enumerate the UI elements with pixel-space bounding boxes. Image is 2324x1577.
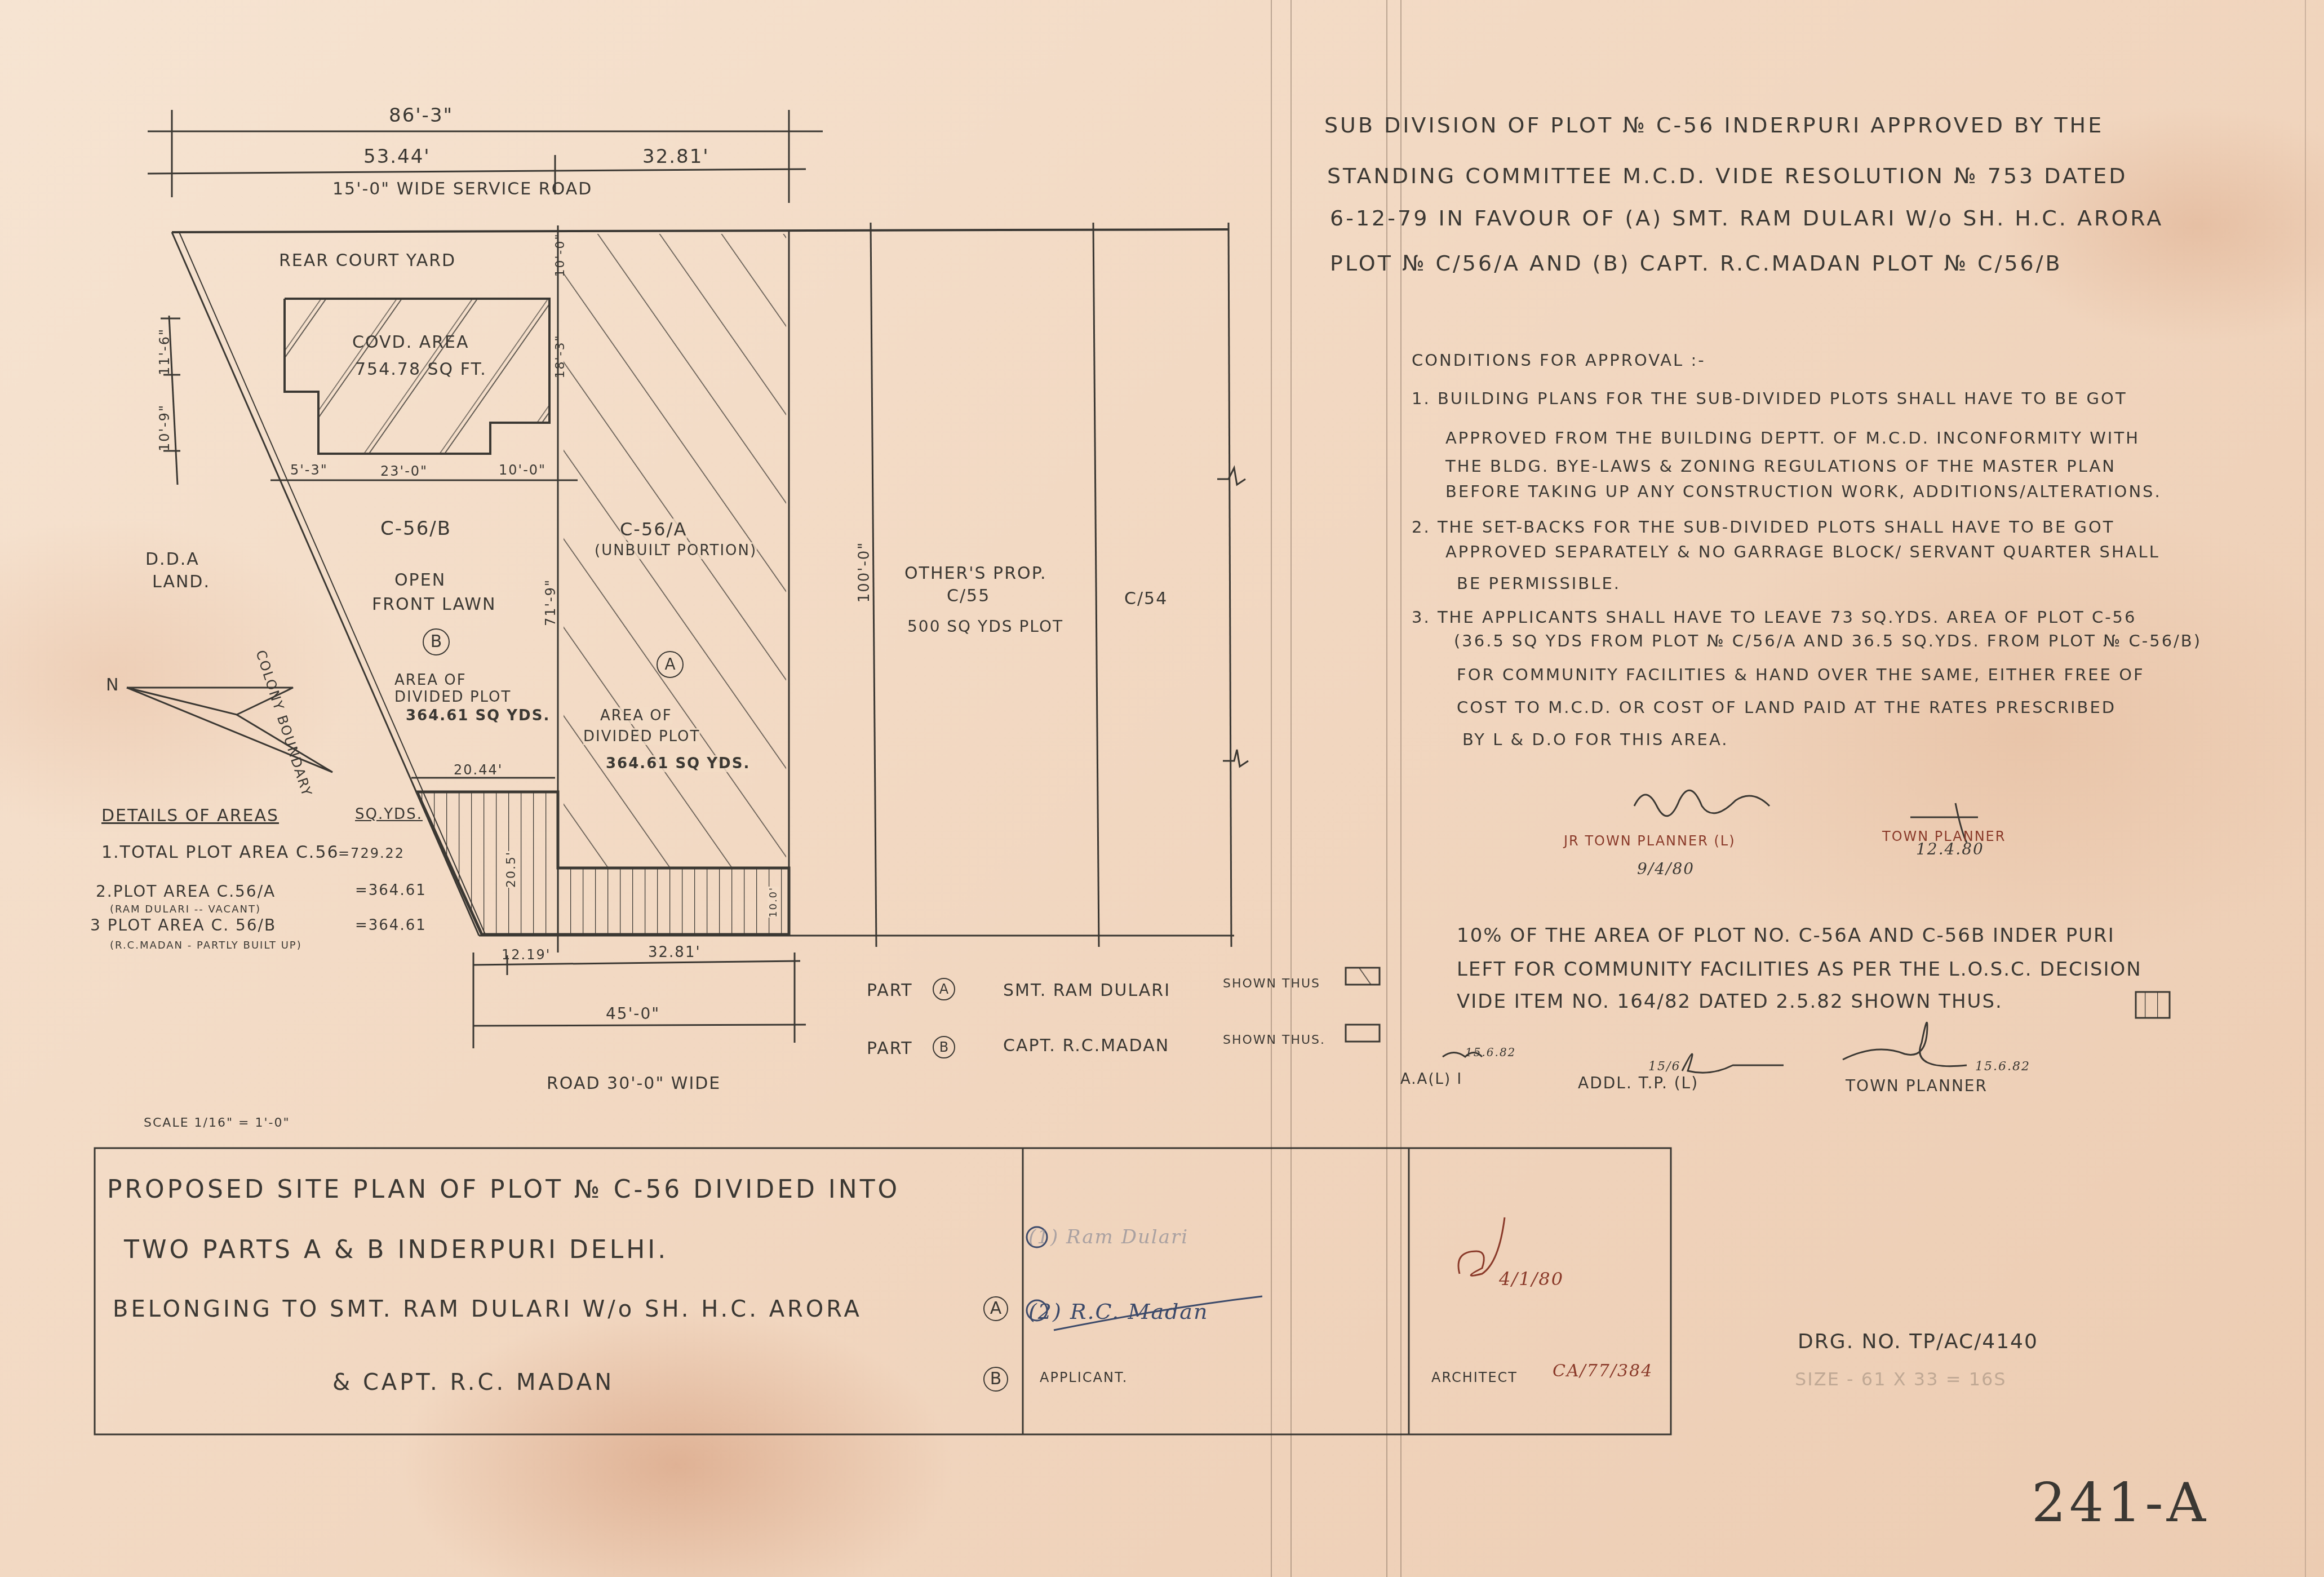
legend-part-a-label: PART: [867, 981, 913, 1000]
condition-line: 2. THE SET-BACKS FOR THE SUB-DIVIDED PLO…: [1412, 517, 2114, 537]
plot-a-area-label-2: DIVIDED PLOT: [583, 728, 700, 745]
applicant-label: APPLICANT.: [1040, 1370, 1128, 1385]
title-line-1: PROPOSED SITE PLAN OF PLOT № C-56 DIVIDE…: [107, 1175, 900, 1204]
approval-header-line-2: STANDING COMMITTEE M.C.D. VIDE RESOLUTIO…: [1327, 163, 2127, 188]
area-row-1-value: =729.22: [338, 845, 405, 861]
title-marker-a: A: [983, 1296, 1008, 1321]
covered-area-label: COVD. AREA: [352, 333, 469, 352]
c54-label: C/54: [1124, 589, 1168, 609]
plot-a-sub: (UNBUILT PORTION): [595, 542, 757, 559]
applicant-signature-1: (1) Ram Dulari: [1028, 1226, 1188, 1248]
rear-court-yard-label: REAR COURT YARD: [279, 251, 456, 271]
aa-label: A.A(L) I: [1400, 1071, 1462, 1088]
legend-part-b-owner: CAPT. R.C.MADAN: [1003, 1036, 1169, 1056]
condition-line: BE PERMISSIBLE.: [1457, 574, 1621, 593]
area-row-3-label: 3 PLOT AREA C. 56/B: [90, 916, 276, 934]
dim-right-width: 32.81': [642, 145, 709, 168]
legend-part-b-label: PART: [867, 1039, 913, 1058]
community-line-1: 10% OF THE AREA OF PLOT NO. C-56A AND C-…: [1457, 924, 2115, 947]
applicant-signature-2: (2) R.C. Madan: [1028, 1299, 1209, 1324]
condition-line: COST TO M.C.D. OR COST OF LAND PAID AT T…: [1457, 698, 2116, 717]
architect-signature-date: 4/1/80: [1499, 1268, 1564, 1290]
dim-20-5: 20.5': [504, 851, 518, 888]
legend-part-b-shown: SHOWN THUS.: [1223, 1033, 1325, 1047]
title-line-4: & CAPT. R.C. MADAN: [332, 1370, 614, 1396]
others-prop-id: C/55: [947, 586, 990, 606]
legend-part-a-marker: A: [933, 978, 955, 1000]
condition-line: (36.5 SQ YDS FROM PLOT № C/56/A AND 36.5…: [1454, 631, 2202, 650]
plot-b-open: OPEN: [394, 570, 446, 590]
condition-line: APPROVED SEPARATELY & NO GARRAGE BLOCK/ …: [1445, 542, 2160, 561]
legend-part-a-owner: SMT. RAM DULARI: [1003, 981, 1170, 1000]
plot-b-marker: B: [423, 628, 450, 655]
title-line-2: TWO PARTS A & B INDERPURI DELHI.: [124, 1235, 668, 1264]
plot-b-front-lawn: FRONT LAWN: [372, 595, 496, 614]
plot-b-id: C-56/B: [380, 517, 451, 540]
community-line-3: VIDE ITEM NO. 164/82 DATED 2.5.82 SHOWN …: [1457, 990, 2003, 1013]
condition-line: BY L & D.O FOR THIS AREA.: [1462, 730, 1728, 749]
plot-a-area-value: 364.61 SQ YDS.: [606, 755, 750, 772]
drawing-sheet: 86'-3" 53.44' 32.81' 15'-0" WIDE SERVICE…: [0, 0, 2324, 1577]
others-prop-label: OTHER'S PROP.: [904, 564, 1047, 583]
dim-45-0: 45'-0": [606, 1004, 660, 1023]
dim-100-0: 100'-0": [856, 542, 873, 603]
area-row-2-value: =364.61: [355, 882, 427, 899]
title-line-3: BELONGING TO SMT. RAM DULARI W/o SH. H.C…: [113, 1296, 862, 1322]
size-note: SIZE - 61 X 33 = 16S: [1795, 1368, 2007, 1390]
conditions-heading: CONDITIONS FOR APPROVAL :-: [1412, 351, 1706, 370]
dim-20-44: 20.44': [454, 762, 503, 778]
dim-32-81-bottom: 32.81': [648, 944, 701, 961]
town-planner-2-label: TOWN PLANNER: [1846, 1077, 1988, 1095]
area-row-2-label: 2.PLOT AREA C.56/A: [96, 882, 276, 901]
sheet-number: 241-A: [2032, 1471, 2209, 1534]
areas-heading: DETAILS OF AREAS: [101, 806, 279, 826]
dim-10-0: 10'-0": [499, 462, 546, 478]
dim-total-width: 86'-3": [389, 104, 453, 127]
plot-a-marker: A: [657, 651, 684, 678]
dim-left-width: 53.44': [363, 145, 431, 168]
condition-line: 1. BUILDING PLANS FOR THE SUB-DIVIDED PL…: [1412, 389, 2127, 408]
dda-land-label: D.D.A: [145, 550, 199, 569]
area-row-3-value: =364.61: [355, 917, 427, 934]
title-marker-b: B: [983, 1367, 1008, 1392]
scale-label: SCALE 1/16" = 1'-0": [144, 1116, 290, 1130]
plot-b-area-label-2: DIVIDED PLOT: [394, 689, 511, 706]
plot-b-area-value: 364.61 SQ YDS.: [406, 707, 550, 724]
dim-11-6: 11'-6": [157, 328, 172, 375]
others-prop-area: 500 SQ YDS PLOT: [907, 617, 1063, 636]
town-planner-2-date: 15.6.82: [1975, 1060, 2030, 1074]
areas-unit: SQ.YDS.: [355, 806, 423, 823]
dim-10-0-small: 10.0': [768, 887, 779, 918]
dda-land-label-2: LAND.: [152, 572, 210, 592]
architect-label: ARCHITECT: [1431, 1370, 1518, 1385]
legend-part-a-shown: SHOWN THUS: [1223, 977, 1320, 991]
service-road-label: 15'-0" WIDE SERVICE ROAD: [332, 179, 592, 199]
condition-line: BEFORE TAKING UP ANY CONSTRUCTION WORK, …: [1445, 482, 2162, 501]
dim-10-9: 10'-9": [157, 404, 172, 451]
area-row-3-sub: (R.C.MADAN - PARTLY BUILT UP): [110, 940, 302, 951]
area-row-2-sub: (RAM DULARI -- VACANT): [110, 903, 261, 915]
dim-71-9: 71'-9": [543, 579, 558, 626]
condition-line: APPROVED FROM THE BUILDING DEPTT. OF M.C…: [1445, 428, 2140, 448]
dim-5-3: 5'-3": [290, 462, 328, 478]
condition-line: FOR COMMUNITY FACILITIES & HAND OVER THE…: [1457, 665, 2145, 684]
plot-a-id: C-56/A: [620, 519, 687, 540]
dim-10-0-top: 10'-0": [553, 233, 567, 277]
condition-line: THE BLDG. BYE-LAWS & ZONING REGULATIONS …: [1445, 457, 2116, 476]
addl-tp-date: 15/6: [1648, 1060, 1680, 1074]
jr-town-planner-label: JR TOWN PLANNER (L): [1564, 833, 1736, 849]
addl-tp-label: ADDL. T.P. (L): [1578, 1074, 1698, 1092]
approval-header-line-1: SUB DIVISION OF PLOT № C-56 INDERPURI AP…: [1324, 113, 2104, 138]
north-label: N: [106, 675, 119, 695]
plot-a-area-label: AREA OF: [600, 707, 672, 724]
approval-header-line-4: PLOT № C/56/A AND (B) CAPT. R.C.MADAN PL…: [1330, 251, 2063, 276]
dim-18-3: 18'-3": [553, 334, 567, 378]
road-label: ROAD 30'-0" WIDE: [547, 1074, 721, 1093]
area-row-1-label: 1.TOTAL PLOT AREA C.56: [101, 843, 339, 862]
legend-part-b-marker: B: [933, 1036, 955, 1058]
dim-12-19: 12.19': [502, 947, 551, 963]
town-planner-1-date: 12.4.80: [1916, 840, 1984, 858]
covered-area-value: 754.78 SQ FT.: [355, 360, 487, 379]
dim-23-0: 23'-0": [380, 463, 428, 479]
approval-header-line-3: 6-12-79 IN FAVOUR OF (A) SMT. RAM DULARI…: [1330, 206, 2163, 231]
plot-b-area-label: AREA OF: [394, 672, 467, 689]
community-line-2: LEFT FOR COMMUNITY FACILITIES AS PER THE…: [1457, 958, 2142, 981]
drawing-number: DRG. NO. TP/AC/4140: [1798, 1330, 2038, 1353]
jr-town-planner-date: 9/4/80: [1637, 860, 1695, 878]
aa-date: 15.6.82: [1465, 1046, 1516, 1059]
condition-line: 3. THE APPLICANTS SHALL HAVE TO LEAVE 73…: [1412, 608, 2137, 627]
architect-reg-number: CA/77/384: [1553, 1361, 1653, 1381]
